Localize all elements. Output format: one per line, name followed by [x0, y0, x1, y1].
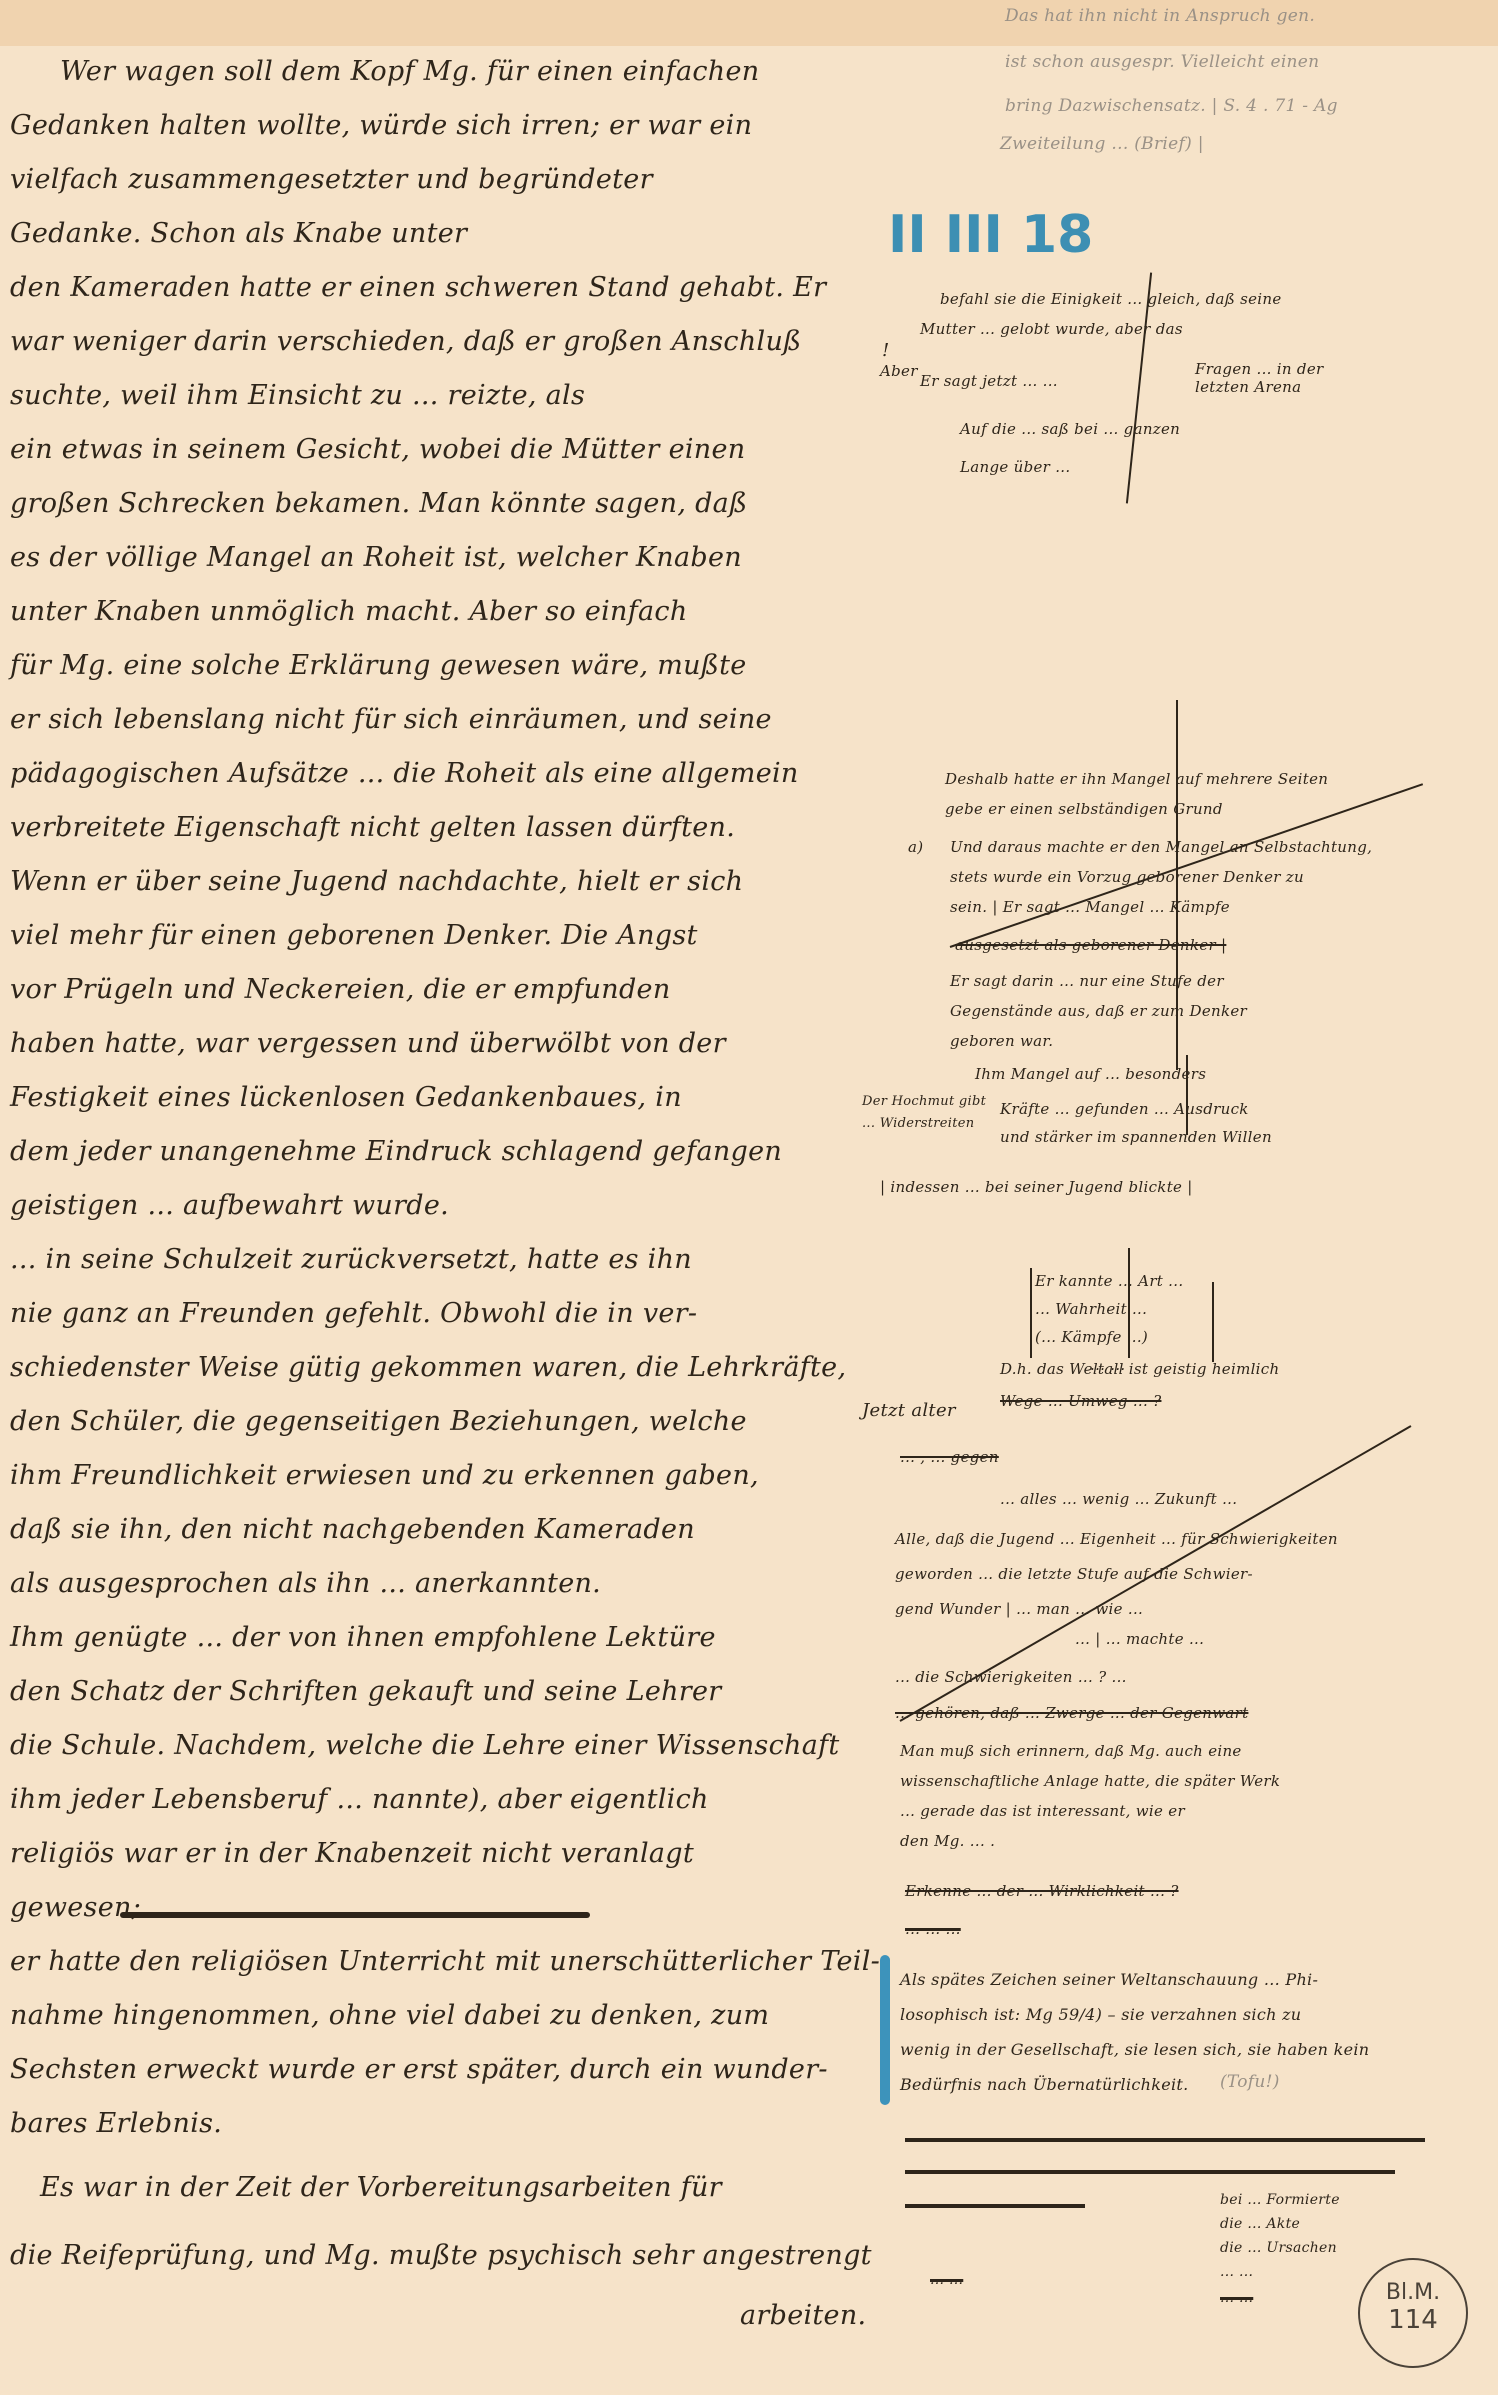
margin-line: wissenschaftliche Anlage hatte, die spät…: [900, 1772, 1280, 1790]
margin-line: Als spätes Zeichen seiner Weltanschauung…: [900, 1970, 1318, 1989]
margin-line: ... Wahrheit ...: [1035, 1300, 1147, 1318]
margin-line-struck: Erkenne ... der ... Wirklichkeit ... ?: [905, 1882, 1179, 1900]
text-line: Festigkeit eines lückenlosen Gedankenbau…: [10, 1082, 682, 1113]
margin-line: befahl sie die Einigkeit ... gleich, daß…: [940, 290, 1282, 308]
text-line: Gedanken halten wollte, würde sich irren…: [10, 110, 752, 141]
archive-folio-stamp: Bl.M. 114: [1358, 2258, 1468, 2368]
margin-mark: Jetzt alter: [862, 1400, 956, 1421]
margin-line: Alle, daß die Jugend ... Eigenheit ... f…: [895, 1530, 1338, 1548]
margin-line: Lange über ...: [960, 458, 1070, 476]
pencil-line: bring Dazwischensatz. | S. 4 . 71 - Ag: [1005, 96, 1338, 116]
margin-line: Fragen ... in der letzten Arena: [1195, 360, 1345, 396]
text-line: Gedanke. Schon als Knabe unter: [10, 218, 467, 249]
margin-line: losophisch ist: Mg 59/4) – sie verzahnen…: [900, 2005, 1301, 2024]
margin-line: Deshalb hatte er ihn Mangel auf mehrere …: [945, 770, 1328, 788]
text-line: Sechsten erweckt wurde er erst später, d…: [10, 2054, 828, 2085]
text-line: vor Prügeln und Neckereien, die er empfu…: [10, 974, 671, 1005]
margin-line: die ... Ursachen: [1220, 2240, 1337, 2256]
margin-line: Er kannte ... Art ...: [1035, 1272, 1183, 1290]
text-line: pädagogischen Aufsätze ... die Roheit al…: [10, 758, 799, 789]
margin-line-struck: ... gehören, daß ... Zwerge ... der Gege…: [895, 1704, 1248, 1722]
pencil-line: ist schon ausgespr. Vielleicht einen: [1005, 52, 1319, 72]
text-line: haben hatte, war vergessen und überwölbt…: [10, 1028, 726, 1059]
pencil-line: Zweiteilung ... (Brief) |: [1000, 134, 1204, 154]
margin-line: stets wurde ein Vorzug geborener Denker …: [950, 868, 1304, 886]
text-line: ihm jeder Lebensberuf ... nannte), aber …: [10, 1784, 709, 1815]
text-line: ihm Freundlichkeit erwiesen und zu erken…: [10, 1460, 759, 1491]
margin-line: Auf die ... saß bei ... ganzen: [960, 420, 1180, 438]
margin-line: bei ... Formierte: [1220, 2192, 1340, 2208]
text-line: verbreitete Eigenschaft nicht gelten las…: [10, 812, 735, 843]
margin-line: ... alles ... wenig ... Zukunft ...: [1000, 1490, 1237, 1508]
text-line: Ihm genügte ... der von ihnen empfohlene…: [10, 1622, 716, 1653]
pencil-line: Das hat ihn nicht in Anspruch gen.: [1005, 6, 1315, 26]
margin-line: Ihm Mangel auf ... besonders: [975, 1065, 1206, 1083]
strike-line: [905, 2204, 1085, 2208]
strike-scribble: [120, 1912, 590, 1918]
text-line: es der völlige Mangel an Roheit ist, wel…: [10, 542, 742, 573]
blue-pencil-mark: II III 18: [888, 205, 1093, 265]
text-line: den Schüler, die gegenseitigen Beziehung…: [10, 1406, 747, 1437]
margin-line: Er sagt darin ... nur eine Stufe der: [950, 972, 1224, 990]
margin-line: die ... Akte: [1220, 2216, 1300, 2232]
margin-mark: ... Widerstreiten: [862, 1116, 974, 1131]
margin-line-struck: ... , ... gegen: [900, 1448, 999, 1466]
blue-margin-bar: [880, 1955, 890, 2105]
text-line: unter Knaben unmöglich macht. Aber so ei…: [10, 596, 688, 627]
text-line: geistigen ... aufbewahrt wurde.: [10, 1190, 449, 1221]
text-line: gewesen;: [10, 1892, 141, 1923]
margin-mark: Der Hochmut gibt: [862, 1094, 986, 1109]
text-line: Wer wagen soll dem Kopf Mg. für einen ei…: [60, 56, 759, 87]
text-line: nie ganz an Freunden gefehlt. Obwohl die…: [10, 1298, 697, 1329]
text-line: den Kameraden hatte er einen schweren St…: [10, 272, 826, 303]
stamp-line-2: 114: [1360, 2305, 1466, 2335]
text-line: für Mg. eine solche Erklärung gewesen wä…: [10, 650, 747, 681]
text-line: den Schatz der Schriften gekauft und sei…: [10, 1676, 721, 1707]
margin-line: ... gerade das ist interessant, wie er: [900, 1802, 1185, 1820]
text-line: Es war in der Zeit der Vorbereitungsarbe…: [40, 2172, 722, 2203]
margin-line: Gegenstände aus, daß er zum Denker: [950, 1002, 1247, 1020]
text-line: er hatte den religiösen Unterricht mit u…: [10, 1946, 880, 1977]
text-line: religiös war er in der Knabenzeit nicht …: [10, 1838, 694, 1869]
strike-line: [905, 2170, 1395, 2174]
margin-line: D.h. das Weltall ist geistig heimlich: [1000, 1360, 1279, 1378]
margin-line: Kräfte ... gefunden ... Ausdruck: [1000, 1100, 1249, 1118]
stamp-line-1: Bl.M.: [1360, 2280, 1466, 2305]
vertical-stroke: [1186, 1055, 1188, 1135]
margin-line-struck: ... ... ...: [905, 1920, 961, 1938]
strike-line: [905, 2138, 1425, 2142]
vertical-stroke: [1176, 700, 1178, 1070]
text-line: großen Schrecken bekamen. Man könnte sag…: [10, 488, 747, 519]
margin-line: Er sagt jetzt ... ...: [920, 372, 1058, 390]
margin-line: | indessen ... bei seiner Jugend blickte…: [880, 1178, 1193, 1196]
text-line: Wenn er über seine Jugend nachdachte, hi…: [10, 866, 743, 897]
box-middle: [1128, 1248, 1130, 1358]
margin-line: ... | ... machte ...: [1075, 1630, 1204, 1648]
text-line: er sich lebenslang nicht für sich einräu…: [10, 704, 772, 735]
text-line: dem jeder unangenehme Eindruck schlagend…: [10, 1136, 782, 1167]
text-line: war weniger darin verschieden, daß er gr…: [10, 326, 802, 357]
margin-line: sein. | Er sagt ... Mangel ... Kämpfe: [950, 898, 1230, 916]
margin-mark: !: [882, 340, 890, 361]
margin-line: geboren war.: [950, 1032, 1053, 1050]
margin-line: gebe er einen selbständigen Grund: [945, 800, 1223, 818]
margin-line: Man muß sich erinnern, daß Mg. auch eine: [900, 1742, 1242, 1760]
text-line: suchte, weil ihm Einsicht zu ... reizte,…: [10, 380, 585, 411]
pencil-aside: (Tofu!): [1220, 2072, 1280, 2092]
margin-mark: Aber: [880, 362, 918, 380]
margin-line-struck: ausgesetzt als geborener Denker |: [955, 936, 1226, 954]
text-line: schiedenster Weise gütig gekommen waren,…: [10, 1352, 846, 1383]
margin-line: ... die Schwierigkeiten ... ? ...: [895, 1668, 1127, 1686]
margin-line-struck: ... ...: [930, 2272, 963, 2288]
margin-mark: a): [908, 838, 923, 856]
box-right: [1212, 1282, 1214, 1362]
margin-line: den Mg. ... .: [900, 1832, 995, 1850]
margin-line: wenig in der Gesellschaft, sie lesen sic…: [900, 2040, 1369, 2059]
text-line: bares Erlebnis.: [10, 2108, 222, 2139]
box-left: [1030, 1268, 1032, 1358]
margin-line: Bedürfnis nach Übernatürlichkeit.: [900, 2075, 1189, 2094]
text-line: viel mehr für einen geborenen Denker. Di…: [10, 920, 698, 951]
margin-line: ... ...: [1220, 2264, 1253, 2280]
text-line: nahme hingenommen, ohne viel dabei zu de…: [10, 2000, 769, 2031]
margin-line: geworden ... die letzte Stufe auf die Sc…: [895, 1565, 1253, 1583]
margin-line: Und daraus machte er den Mangel an Selbs…: [950, 838, 1372, 856]
text-line: die Schule. Nachdem, welche die Lehre ei…: [10, 1730, 840, 1761]
text-line: ein etwas in seinem Gesicht, wobei die M…: [10, 434, 745, 465]
margin-line-struck: Wege ... Umweg ... ?: [1000, 1392, 1161, 1410]
text-line: daß sie ihn, den nicht nachgebenden Kame…: [10, 1514, 695, 1545]
text-line: ... in seine Schulzeit zurückversetzt, h…: [10, 1244, 692, 1275]
margin-line: (... Kämpfe ...): [1035, 1328, 1148, 1346]
margin-line: und stärker im spannenden Willen: [1000, 1128, 1272, 1146]
text-line: vielfach zusammengesetzter und begründet…: [10, 164, 653, 195]
text-line: arbeiten.: [740, 2300, 866, 2331]
text-line: als ausgesprochen als ihn ... anerkannte…: [10, 1568, 601, 1599]
text-line: die Reifeprüfung, und Mg. mußte psychisc…: [10, 2240, 872, 2271]
margin-line-struck: ... ...: [1220, 2290, 1253, 2306]
